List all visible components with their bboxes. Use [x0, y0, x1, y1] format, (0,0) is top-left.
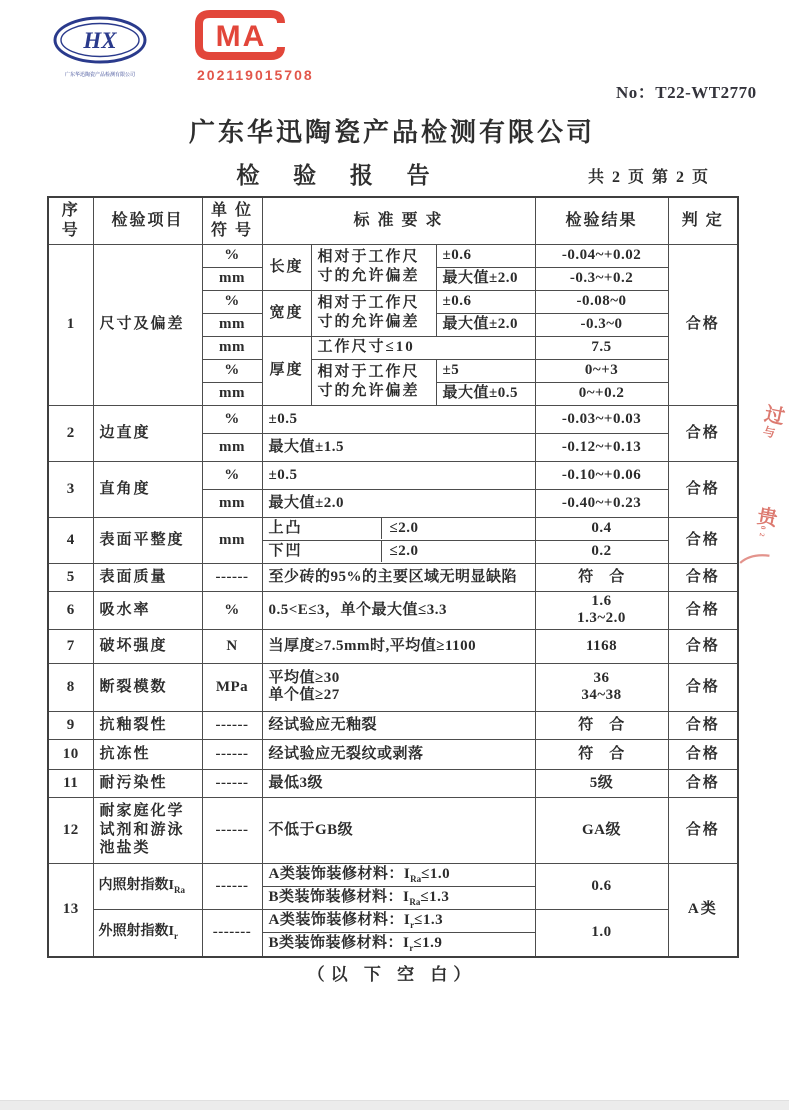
cell-judgment-13: A类 [668, 863, 738, 957]
cell-result: 0.4 [535, 517, 668, 540]
cell-result: 符 合 [535, 563, 668, 591]
cell-req-limit: ≤2.0 [382, 518, 535, 539]
row-12: 12 耐家庭化学试剂和游泳池盐类 ------ 不低于GB级 GA级 合格 [48, 797, 738, 863]
cell-req: B类装饰装修材料：IRa≤1.3 [262, 886, 535, 909]
scan-bottom-edge [0, 1100, 789, 1110]
cell-req: ±5 [436, 359, 535, 382]
page-count: 共 2 页 第 2 页 [588, 164, 710, 187]
req-subscript: Ra [409, 897, 420, 907]
req-limit: ≤1.0 [421, 866, 450, 882]
cell-unit: ------- [202, 910, 262, 957]
cell-req: 0.5<E≤3，单个最大值≤3.3 [262, 591, 535, 629]
cell-unit: % [202, 461, 262, 489]
red-annotation-2-swoosh-icon [737, 549, 773, 568]
cell-result: 0~+3 [535, 359, 668, 382]
cell-req: ±0.5 [262, 461, 535, 489]
cell-unit: ------ [202, 739, 262, 769]
cell-judgment-10: 合格 [668, 739, 738, 769]
cell-no-4: 4 [48, 517, 93, 563]
cell-req-split: 上凸≤2.0 [262, 517, 535, 540]
cell-result: -0.10~+0.06 [535, 461, 668, 489]
cell-result: -0.3~0 [535, 313, 668, 336]
cell-no-10: 10 [48, 739, 93, 769]
red-annotation-1-text2: 与 [761, 424, 777, 439]
cell-judgment-3: 合格 [668, 461, 738, 517]
report-number: No：T22-WT2770 [616, 78, 757, 103]
req-limit: ≤1.9 [413, 935, 442, 951]
header-result: 检验结果 [535, 197, 668, 244]
cell-item-11: 耐污染性 [93, 769, 202, 797]
cell-item-4: 表面平整度 [93, 517, 202, 563]
hx-logo-subtext: 广东华迅陶瓷产品检测有限公司 [48, 71, 152, 78]
cell-desc: 相对于工作尺寸的允许偏差 [311, 244, 436, 290]
cell-req-split: 下凹≤2.0 [262, 540, 535, 563]
cell-req: 经试验应无裂纹或剥落 [262, 739, 535, 769]
cell-result: -0.3~+0.2 [535, 267, 668, 290]
cell-judgment-11: 合格 [668, 769, 738, 797]
cell-unit: MPa [202, 663, 262, 711]
req-subscript: Ra [410, 874, 421, 884]
cell-req: ±0.6 [436, 290, 535, 313]
cell-req: 经试验应无釉裂 [262, 711, 535, 739]
cell-unit: % [202, 359, 262, 382]
cell-no-5: 5 [48, 563, 93, 591]
cell-no-7: 7 [48, 629, 93, 663]
row-8: 8 断裂模数 MPa 平均值≥30单个值≥27 3634~38 合格 [48, 663, 738, 711]
req-text: B类装饰装修材料：I [269, 889, 410, 905]
cell-item-9: 抗釉裂性 [93, 711, 202, 739]
cell-item-6: 吸水率 [93, 591, 202, 629]
cma-mark-icon: MA [195, 10, 287, 60]
cell-unit: mm [202, 382, 262, 405]
cell-req: 最大值±0.5 [436, 382, 535, 405]
row-2a: 2 边直度 % ±0.5 -0.03~+0.03 合格 [48, 405, 738, 433]
cell-result: 符 合 [535, 739, 668, 769]
cell-item-5: 表面质量 [93, 563, 202, 591]
row-9: 9 抗釉裂性 ------ 经试验应无釉裂 符 合 合格 [48, 711, 738, 739]
cell-dim-thickness: 厚度 [262, 336, 311, 405]
cell-judgment-5: 合格 [668, 563, 738, 591]
cell-result: GA级 [535, 797, 668, 863]
report-number-label: No： [616, 83, 655, 102]
cell-judgment-7: 合格 [668, 629, 738, 663]
cell-result: 1.0 [535, 910, 668, 957]
cell-judgment-1: 合格 [668, 244, 738, 405]
cell-unit: mm [202, 489, 262, 517]
cell-item-13-external: 外照射指数Ir [93, 910, 202, 957]
cell-judgment-8: 合格 [668, 663, 738, 711]
cell-no-13: 13 [48, 863, 93, 957]
row-5: 5 表面质量 ------ 至少砖的95%的主要区域无明显缺陷 符 合 合格 [48, 563, 738, 591]
cell-req: 工作尺寸≤10 [311, 336, 535, 359]
cell-result-line1: 1.6 [542, 593, 662, 610]
cell-no-1: 1 [48, 244, 93, 405]
cell-result: 0~+0.2 [535, 382, 668, 405]
cell-result-line1: 36 [542, 670, 662, 687]
cell-result: 1168 [535, 629, 668, 663]
cell-unit: % [202, 405, 262, 433]
row-11: 11 耐污染性 ------ 最低3级 5级 合格 [48, 769, 738, 797]
red-annotation-1: 过与 [754, 401, 789, 440]
cell-result: 0.2 [535, 540, 668, 563]
cell-unit: mm [202, 336, 262, 359]
cell-req: ±0.5 [262, 405, 535, 433]
cell-req: 最大值±2.0 [262, 489, 535, 517]
item-subscript: Ra [174, 885, 185, 895]
cell-req: ±0.6 [436, 244, 535, 267]
red-annotation-2-subtext: 0 2 [757, 525, 767, 538]
cell-req: A类装饰装修材料：IRa≤1.0 [262, 863, 535, 886]
cell-no-9: 9 [48, 711, 93, 739]
row-13c: 外照射指数Ir ------- A类装饰装修材料：Ir≤1.3 1.0 [48, 910, 738, 933]
req-text: B类装饰装修材料：I [269, 935, 410, 951]
header-unit-line1: 单 位 [209, 201, 256, 221]
req-limit: ≤1.3 [414, 912, 443, 928]
cell-req-line2: 单个值≥27 [269, 687, 529, 704]
cell-item-13-internal: 内照射指数IRa [93, 863, 202, 910]
header-judgment: 判 定 [668, 197, 738, 244]
cell-result: 7.5 [535, 336, 668, 359]
cell-dim-width: 宽度 [262, 290, 311, 336]
cell-unit: mm [202, 267, 262, 290]
cell-result: -0.03~+0.03 [535, 405, 668, 433]
row-3a: 3 直角度 % ±0.5 -0.10~+0.06 合格 [48, 461, 738, 489]
cell-judgment-12: 合格 [668, 797, 738, 863]
cell-req-name: 下凹 [263, 541, 382, 562]
header-no: 序号 [48, 197, 93, 244]
report-title: 检 验 报 告 [47, 157, 633, 190]
row-1a: 1 尺寸及偏差 % 长度 相对于工作尺寸的允许偏差 ±0.6 -0.04~+0.… [48, 244, 738, 267]
cell-no-11: 11 [48, 769, 93, 797]
inspection-table: 序号 检验项目 单 位符 号 标 准 要 求 检验结果 判 定 1 尺寸及偏差 … [47, 196, 739, 958]
cell-item-1: 尺寸及偏差 [93, 244, 202, 405]
item-text: 外照射指数I [99, 924, 174, 939]
cell-item-2: 边直度 [93, 405, 202, 461]
cell-unit: ------ [202, 863, 262, 910]
cell-desc: 相对于工作尺寸的允许偏差 [311, 290, 436, 336]
cell-result: -0.04~+0.02 [535, 244, 668, 267]
cell-unit: mm [202, 313, 262, 336]
cell-unit: ------ [202, 563, 262, 591]
inspection-report-page: HX 广东华迅陶瓷产品检测有限公司 MA 202119015708 No：T22… [0, 0, 789, 1110]
red-annotation-2: 贵0 2 [747, 504, 781, 540]
cell-item-12: 耐家庭化学试剂和游泳池盐类 [93, 797, 202, 863]
cell-dim-length: 长度 [262, 244, 311, 290]
hx-logo: HX 广东华迅陶瓷产品检测有限公司 [48, 15, 152, 78]
cell-no-6: 6 [48, 591, 93, 629]
cell-result: 0.6 [535, 863, 668, 910]
cell-result-line2: 34~38 [542, 687, 662, 704]
cell-result: -0.08~0 [535, 290, 668, 313]
cell-result: -0.40~+0.23 [535, 489, 668, 517]
cell-no-3: 3 [48, 461, 93, 517]
cma-certificate-number: 202119015708 [197, 67, 295, 83]
cell-req: 至少砖的95%的主要区域无明显缺陷 [262, 563, 535, 591]
cell-desc: 相对于工作尺寸的允许偏差 [311, 359, 436, 405]
cell-unit: mm [202, 517, 262, 563]
cell-unit: % [202, 591, 262, 629]
cell-judgment-9: 合格 [668, 711, 738, 739]
company-name: 广东华迅陶瓷产品检测有限公司 [47, 112, 737, 149]
header-standard: 标 准 要 求 [262, 197, 535, 244]
cell-req-limit: ≤2.0 [382, 541, 535, 562]
cell-unit: mm [202, 433, 262, 461]
row-13a: 13 内照射指数IRa ------ A类装饰装修材料：IRa≤1.0 0.6 … [48, 863, 738, 886]
row-6: 6 吸水率 % 0.5<E≤3，单个最大值≤3.3 1.61.3~2.0 合格 [48, 591, 738, 629]
cell-result: 1.61.3~2.0 [535, 591, 668, 629]
header-item: 检验项目 [93, 197, 202, 244]
cell-item-7: 破坏强度 [93, 629, 202, 663]
red-annotation-2-text: 贵 [752, 504, 777, 528]
row-4a: 4 表面平整度 mm 上凸≤2.0 0.4 合格 [48, 517, 738, 540]
cell-req: 平均值≥30单个值≥27 [262, 663, 535, 711]
hx-logo-text: HX [82, 28, 117, 53]
cell-judgment-6: 合格 [668, 591, 738, 629]
req-text: A类装饰装修材料：I [269, 912, 411, 928]
cma-logo-letters: MA [216, 20, 267, 53]
cell-req: A类装饰装修材料：Ir≤1.3 [262, 910, 535, 933]
req-text: A类装饰装修材料：I [269, 866, 411, 882]
cell-result: 符 合 [535, 711, 668, 739]
cell-req: B类装饰装修材料：Ir≤1.9 [262, 933, 535, 957]
cell-result-line2: 1.3~2.0 [542, 610, 662, 627]
cell-unit: % [202, 244, 262, 267]
cell-no-12: 12 [48, 797, 93, 863]
table-header-row: 序号 检验项目 单 位符 号 标 准 要 求 检验结果 判 定 [48, 197, 738, 244]
cell-result: 3634~38 [535, 663, 668, 711]
cell-no-8: 8 [48, 663, 93, 711]
cell-result: 5级 [535, 769, 668, 797]
item-subscript: r [174, 931, 178, 941]
cma-logo: MA 202119015708 [195, 10, 295, 83]
row-7: 7 破坏强度 N 当厚度≥7.5mm时,平均值≥1100 1168 合格 [48, 629, 738, 663]
cell-req: 最大值±2.0 [436, 313, 535, 336]
cell-req: 不低于GB级 [262, 797, 535, 863]
cell-req: 最大值±2.0 [436, 267, 535, 290]
report-number-value: T22-WT2770 [655, 83, 756, 102]
cell-item-3: 直角度 [93, 461, 202, 517]
cell-req: 最大值±1.5 [262, 433, 535, 461]
req-limit: ≤1.3 [420, 889, 449, 905]
cell-unit: ------ [202, 797, 262, 863]
hx-logo-oval-icon: HX [50, 15, 150, 65]
cell-unit: % [202, 290, 262, 313]
cell-item-10: 抗冻性 [93, 739, 202, 769]
header-unit-line2: 符 号 [209, 221, 256, 241]
cell-unit: ------ [202, 769, 262, 797]
cell-req: 最低3级 [262, 769, 535, 797]
cell-req-line1: 平均值≥30 [269, 670, 529, 687]
cell-judgment-4: 合格 [668, 517, 738, 563]
header-unit: 单 位符 号 [202, 197, 262, 244]
cell-result: -0.12~+0.13 [535, 433, 668, 461]
row-10: 10 抗冻性 ------ 经试验应无裂纹或剥落 符 合 合格 [48, 739, 738, 769]
cell-judgment-2: 合格 [668, 405, 738, 461]
cell-req-name: 上凸 [263, 518, 382, 539]
cell-item-8: 断裂模数 [93, 663, 202, 711]
cell-unit: N [202, 629, 262, 663]
item-text: 内照射指数I [99, 878, 174, 893]
cell-unit: ------ [202, 711, 262, 739]
footer-note: （以 下 空 白） [47, 960, 737, 985]
cell-req: 当厚度≥7.5mm时,平均值≥1100 [262, 629, 535, 663]
cell-no-2: 2 [48, 405, 93, 461]
